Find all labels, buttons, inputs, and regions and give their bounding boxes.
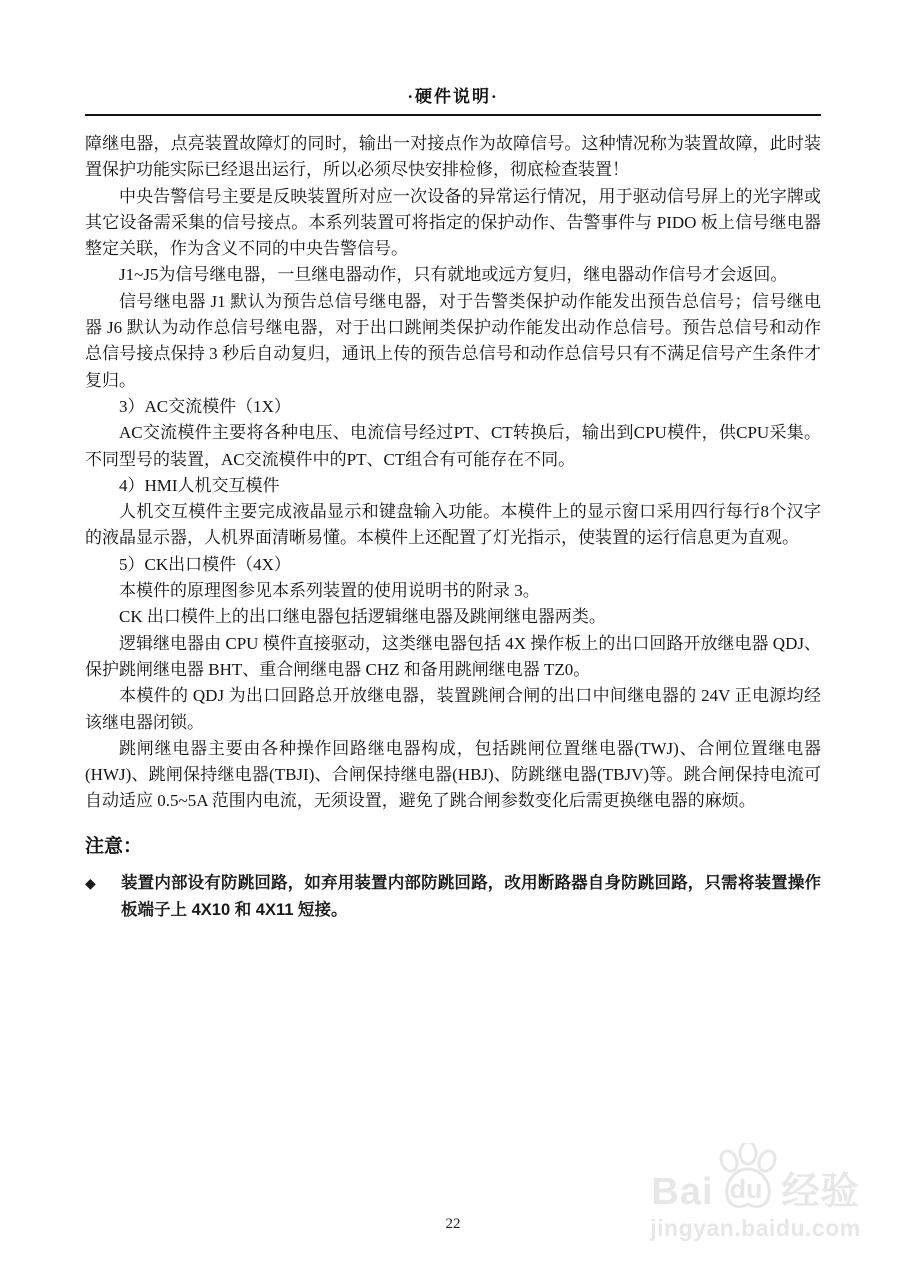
baidu-jingyan-watermark: Bai du 经验 jingyan.baidu.com — [638, 1143, 873, 1242]
watermark-brand-row: Bai du 经验 — [638, 1143, 873, 1211]
paragraph: 3）AC交流模件（1X） — [85, 394, 821, 420]
note-heading: 注意： — [85, 831, 821, 858]
paragraph: 4）HMI人机交互模件 — [85, 473, 821, 499]
baidu-paw-icon: du — [716, 1143, 780, 1211]
paragraph: 本模件的 QDJ 为出口回路总开放继电器，装置跳闸合闸的出口中间继电器的 24V… — [85, 683, 821, 736]
document-page: ·硬件说明· 障继电器，点亮装置故障灯的同时，输出一对接点作为故障信号。这种情况… — [0, 0, 905, 1280]
paragraph: 人机交互模件主要完成液晶显示和键盘输入功能。本模件上的显示窗口采用四行每行8个汉… — [85, 499, 821, 552]
paragraph: 逻辑继电器由 CPU 模件直接驱动，这类继电器包括 4X 操作板上的出口回路开放… — [85, 631, 821, 684]
paragraph: CK 出口模件上的出口继电器包括逻辑继电器及跳闸继电器两类。 — [85, 604, 821, 630]
paragraph: 本模件的原理图参见本系列装置的使用说明书的附录 3。 — [85, 578, 821, 604]
watermark-bai-text: Bai — [651, 1173, 713, 1211]
watermark-jingyan-text: 经验 — [782, 1173, 860, 1211]
note-item: ◆装置内部设有防跳回路，如弃用装置内部防跳回路，改用断路器自身防跳回路，只需将装… — [85, 870, 821, 924]
diamond-bullet-icon: ◆ — [85, 870, 121, 897]
paragraph: 跳闸继电器主要由各种操作回路继电器构成，包括跳闸位置继电器(TWJ)、合闸位置继… — [85, 736, 821, 815]
page-content: ·硬件说明· 障继电器，点亮装置故障灯的同时，输出一对接点作为故障信号。这种情况… — [85, 82, 821, 924]
header-rule — [85, 114, 821, 116]
watermark-du-text: du — [730, 1176, 763, 1203]
paragraph: AC交流模件主要将各种电压、电流信号经过PT、CT转换后，输出到CPU模件，供C… — [85, 420, 821, 473]
body-paragraphs: 障继电器，点亮装置故障灯的同时，输出一对接点作为故障信号。这种情况称为装置故障，… — [85, 131, 821, 815]
note-list: ◆装置内部设有防跳回路，如弃用装置内部防跳回路，改用断路器自身防跳回路，只需将装… — [85, 870, 821, 924]
page-header-title: ·硬件说明· — [85, 82, 821, 114]
paragraph: J1~J5为信号继电器，一旦继电器动作，只有就地或远方复归，继电器动作信号才会返… — [85, 262, 821, 288]
note-item-text: 装置内部设有防跳回路，如弃用装置内部防跳回路，改用断路器自身防跳回路，只需将装置… — [121, 870, 821, 924]
watermark-site-url: jingyan.baidu.com — [638, 1215, 873, 1242]
paragraph: 中央告警信号主要是反映装置所对应一次设备的异常运行情况，用于驱动信号屏上的光字牌… — [85, 184, 821, 263]
paragraph: 障继电器，点亮装置故障灯的同时，输出一对接点作为故障信号。这种情况称为装置故障，… — [85, 131, 821, 184]
paragraph: 信号继电器 J1 默认为预告总信号继电器，对于告警类保护动作能发出预告总信号；信… — [85, 289, 821, 394]
paragraph: 5）CK出口模件（4X） — [85, 552, 821, 578]
